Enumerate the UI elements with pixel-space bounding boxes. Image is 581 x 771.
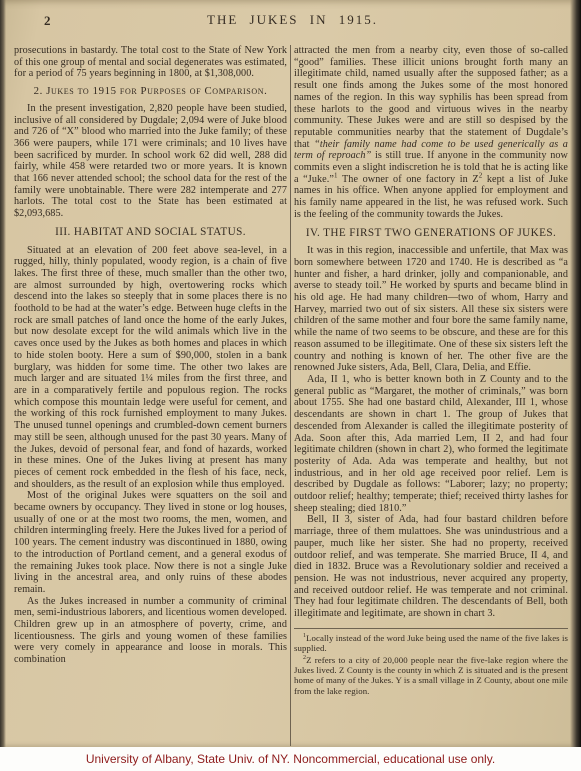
- text-segment: attracted the men from a nearby city, ev…: [294, 45, 568, 150]
- footnote-1: 1Locally instead of the word Juke being …: [294, 633, 568, 654]
- right-column: attracted the men from a nearby city, ev…: [294, 45, 568, 747]
- scanned-book-page: 2 THE JUKES IN 1915. prosecutions in bas…: [0, 0, 581, 747]
- paragraph-max: It was in this region, inaccessible and …: [294, 245, 568, 374]
- left-column: prosecutions in bastardy. The total cost…: [14, 45, 287, 747]
- section-heading-comparison: 2. Jukes to 1915 for Purposes of Compari…: [14, 86, 287, 98]
- section-heading-generations: IV. THE FIRST TWO GENERATIONS OF JUKES.: [294, 228, 568, 240]
- text-segment: The owner of one factory in Z: [338, 174, 479, 185]
- footer-strip: University of Albany, State Univ. of NY.…: [0, 747, 581, 771]
- scan-dark-edge-left: [0, 0, 6, 747]
- text-columns: prosecutions in bastardy. The total cost…: [14, 45, 568, 747]
- page-number: 2: [44, 13, 51, 29]
- footnote-2-text: Z refers to a city of 20,000 people near…: [294, 655, 568, 696]
- paragraph-ada: Ada, II 1, who is better known both in Z…: [294, 374, 568, 514]
- paragraph-bastardy-cost: prosecutions in bastardy. The total cost…: [14, 45, 287, 80]
- running-title: THE JUKES IN 1915.: [28, 12, 557, 28]
- section-heading-habitat: III. HABITAT AND SOCIAL STATUS.: [14, 227, 287, 239]
- footnote-1-text: Locally instead of the word Juke being u…: [294, 633, 568, 653]
- paragraph-squatters: Most of the original Jukes were squatter…: [14, 490, 287, 595]
- column-divider-rule: [290, 45, 291, 746]
- page-header: 2 THE JUKES IN 1915.: [28, 12, 557, 30]
- footnotes-block: 1Locally instead of the word Juke being …: [294, 628, 568, 696]
- footer-credit: University of Albany, State Univ. of NY.…: [86, 752, 495, 766]
- paragraph-habitat-lakes: Situated at an elevation of 200 feet abo…: [14, 245, 287, 491]
- scan-dark-edge-right: [570, 0, 581, 747]
- paragraph-community-growth: As the Jukes increased in number a commu…: [14, 596, 287, 666]
- paragraph-illicit-unions: attracted the men from a nearby city, ev…: [294, 45, 568, 221]
- paragraph-bell: Bell, II 3, sister of Ada, had four bast…: [294, 514, 568, 619]
- paragraph-present-investigation: In the present investigation, 2,820 peop…: [14, 103, 287, 220]
- footnote-2: 2Z refers to a city of 20,000 people nea…: [294, 655, 568, 697]
